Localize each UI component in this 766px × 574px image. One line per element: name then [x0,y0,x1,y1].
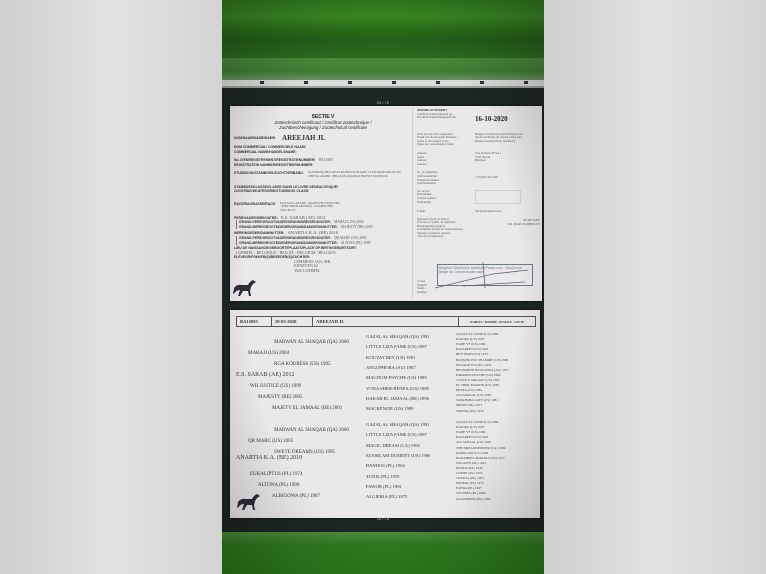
issuing-body-block: Nom de l'autorité compétente / Naam van … [417,133,540,147]
binder-edge [222,58,544,80]
pedigree-g4-ancestor: RENEA (US) 1981 [456,388,482,392]
dam-granddam-value: ALTONA (PL) 1999 [341,241,371,245]
phone-label: Telefonnummer [417,182,475,186]
email-value: info@arabianhorse.be [475,209,502,213]
pedigree-g3-ancestor: ALGIERIA (PL) 1975 [366,494,407,499]
pedigree-g3-ancestor: DAKAR EL JAMAAL (BE) 1996 [366,396,429,401]
pedigree-g4-ancestor: PROBAT (PL) 1975 [456,481,484,485]
pedigree-sire: E.S. SARAB (AE) 2012 [236,372,295,378]
pedigree-g4-ancestor: KAJORA (US) 1978 [456,337,484,341]
pedigree-g4-ancestor: KAJORA (US) 1978 [456,425,484,429]
fax-box [475,190,521,204]
pedigree-g3-ancestor: ANGOPHORA (AU) 1987 [366,365,416,370]
pedigree-g4-ancestor: ELKALIPTUS (PL) 1974 [456,363,491,367]
pedigree-g4-ancestor: ALI JAMAAL (US) 1982 [456,393,491,397]
pedigree-g3-ancestor: GAZAL AL SHAQAB (QA) 1991 [366,422,429,427]
signature-scribble-icon [433,260,533,290]
pedigree-g4-ancestor: COMET (PL) 1953 [456,471,483,475]
pedigree-g4-ancestor: TOFANA (PL) 1953 [456,476,484,480]
horse-name: AREEJAH JL [282,134,325,142]
pedigree-ancestor: WH JUSTICE (US) 1999 [250,384,301,389]
issue-date-block: Certificat établi/opgesteld op/ Document… [417,113,540,129]
pedigree-g3-ancestor: MAGIC DREAM (CA) 1992 [366,443,420,448]
pedigree-registration-no: BA12695 [237,317,272,327]
signatory-name: DR. MARC ROMBOUTS [483,222,540,226]
binder-rail [222,80,544,88]
breeder-city: 3920 LOMMEL [294,269,412,273]
pedigree-g3-ancestor: GAZAL AL SHAQAB (QA) 1991 [366,334,429,339]
pedigree-page: BA12695 20-03-2020 AREEJAH JL JUMENT / M… [230,310,540,518]
pedigree-ancestor: MARWAN AL SHAQAB (QA) 2000 [274,428,349,433]
stamp-label-line: Stempel [417,291,427,295]
pedigree-g4-ancestor: FAME VF (US) 1982 [456,430,485,434]
pedigree-g3-ancestor: KOUVAY BEY (US) 1981 [366,355,415,360]
pedigree-ancestor: RGA KOURESS (US) 1995 [274,362,331,367]
zootechnical-certificate-page: SECTIE V Zoötechnisch certificaat / Cert… [230,106,542,301]
pedigree-ancestor: QR MARC (US) 2005 [248,439,293,444]
pedigree-g4-ancestor: ANAZA EL FARID (US) 1984 [456,332,498,336]
arabian-horse-logo-icon [236,492,262,512]
pedigree-ancestor: MARAJJ (US) 2004 [248,351,289,356]
green-binder-top [222,0,544,66]
address-block: Adresse Adres Address Adresse Vier Kruis… [417,152,540,166]
pedigree-g4-ancestor: CELEBES (PL) 1966 [456,491,485,495]
pedigree-header-table: BA12695 20-03-2020 AREEJAH JL JUMENT / M… [236,316,536,327]
address-label: Adresse [417,163,475,167]
pedigree-g4-ancestor: BELBORNE BASKANNA (AU) 1977 [456,368,509,372]
pedigree-g4-ancestor: KOORLAM (US) 1983 [456,451,488,455]
pedigree-g3-ancestor: KOORLAM DUMENT (US) 1986 [366,453,430,458]
pedigree-g3-ancestor: MACKENZIE (US) 1989 [366,406,413,411]
green-binder-bottom [222,532,544,574]
registration-number: BA12695 [319,158,333,162]
page-number-bottom: 25 / 70 [222,516,544,521]
studbook-label: STUDBOOK/STAMBOEK/ZUCHTVERBAND: [234,171,304,176]
pedigree-g4-ancestor: BEY SHAH (US) 1976 [456,352,488,356]
blurred-background-right [544,0,766,574]
address-value: Belgique [475,159,501,163]
commercial-name-label-2: COMMERCIAL NAME/HANDELSNAME: [234,150,412,155]
pedigree-ancestor: MARWAN AL SHAQAB (QA) 2000 [274,340,349,345]
issuing-authority-column: ISSUING AUTHORITY Certificat établi/opge… [412,108,540,298]
pedigree-g3-ancestor: LITTLE LIZA FAME (US) 1987 [366,432,427,437]
pedigree-g4-ancestor: MENES (PL) 1977 [456,403,482,407]
pedigree-g4-ancestor: FAME VF (US) 1982 [456,342,485,346]
pedigree-ancestor: SWETE DREAMS (US) 1995 [274,450,335,455]
pedigree-g4-ancestor: EL SHER-MAMON (US) 1985 [456,383,499,387]
org-label: Name der ausstellenden Stelle: [417,143,475,147]
race-label: RACE/RAS/RASSE/RACE: [234,202,276,207]
pedigree-g3-ancestor: LITTLE LIZA FAME (US) 1987 [366,344,427,349]
email-block: E-mail info@arabianhorse.be [417,209,540,213]
signatory-label: capacity of signatory) [417,235,483,239]
pedigree-g3-ancestor: TUNIS (PL) 1959 [366,474,399,479]
pedigree-horse-name: AREEJAH JL [313,317,459,327]
pedigree-birth-date: 20-03-2020 [272,317,313,327]
name-label: NOM/NAAM/NAME/NAME: [234,136,276,141]
race-value: PUR SANG ARABE / ARABISCH VOLBLOED / PUR… [280,202,340,213]
studbook-value: STAMBOEK BELGISCH ARABISCH PAARD / STUD-… [308,171,412,178]
sire-granddam-label: GRAND-MERE/GROOTMOEDER/GRANDDAM/GROßMUTT… [239,225,338,230]
pedigree-ancestor: EUKALIPTUS (PL) 1974 [250,472,303,477]
pedigree-sex: JUMENT / MERRIE / FEMALE / STUTE [459,317,536,327]
pedigree-g4-ancestor: ALI JAMAAL (US) 1982 [456,440,491,444]
pedigree-ancestor: MAJESTY (BE) 2005 [258,395,303,400]
fax-label: Faxnummer [417,201,475,205]
pedigree-g4-ancestor: ALGONKINA (PL) 1962 [456,497,491,501]
fax-block: No. de fax Faxnummer Telefax number Faxn… [417,190,540,204]
pedigree-g4-ancestor: SIMONA (PL) 1979 [456,409,484,413]
signatory-block: Signataire (nom en lettres) Fonction et … [417,218,540,239]
pedigree-g4-ancestor: BANAHEES ARMONA (US) 1977 [456,456,505,460]
certificate-main-column: SECTIE V Zoötechnisch certificaat / Cert… [234,110,412,297]
pedigree-g3-ancestor: MAGNUM PSYCHE (US) 1989 [366,375,427,380]
pedigree-g4-ancestor: A FANCY MIRAGE (US) 1985 [456,378,500,382]
org-value: Belgian Arabian Horse Studbook [475,140,523,144]
stamp-label: Cachet Stempel Stamp Stempel [417,280,427,294]
pedigree-g4-ancestor: ANAZA EL FARID (US) 1984 [456,420,498,424]
blurred-background-left [0,0,222,574]
pedigree-g4-ancestor: SOMOMBA GATE (US) 1981 [456,398,498,402]
pedigree-g3-ancestor: VONA SHER-RENEA (US) 1989 [366,386,429,391]
certificate-title-2: Zuchtbescheinigung / Zootechnical certif… [234,125,412,130]
pedigree-ancestor: MAJETY EL JAMAAL (BE) 2001 [272,406,342,411]
breeder-address: LEMMENS JAN, MR. ENNEVEN 62 3920 LOMMEL [294,260,412,273]
pedigree-g4-ancestor: NEGATIW (PL) 1945 [456,461,486,465]
pedigree-ancestor: ALBIGOWA (PL) 1987 [272,494,320,499]
sire-granddam-value: MAJESTY (BE) 2005 [341,225,373,229]
pedigree-g3-ancestor: BANDOS (PL) 1964 [366,463,405,468]
dam-granddam-label: GRAND-MERE/GROOTMOEDER/GRANDDAM/GROßMUTT… [239,241,338,246]
issue-date: 16-10-2020 [475,115,508,123]
page-number-top: 24 / 70 [222,100,544,105]
pedigree-g3-ancestor: FAWOR (PL) 1981 [366,484,402,489]
phone-value: +32 (0)16 261 308 [475,175,497,185]
pedigree-dam: ANARTIA K.A. (BE) 2010 [236,455,302,461]
registration-label-2: REGISTRATION NUMBER/REGISTRIERNUMMER: [234,163,315,168]
email-label: E-mail [417,209,475,213]
studbook-class-label-2: ZUCHTBUCHKATEGORIE/STUDBOOK CLASS: [234,189,412,194]
pedigree-g4-ancestor: KAJAREEN (US) 1981 [456,347,489,351]
pedigree-g4-ancestor: THE DREAMSPINNER (CA) 1984 [456,446,505,450]
pedigree-ancestor: ALTONA (PL) 1999 [258,483,299,488]
passport-photo: 24 / 70 SECTIE V Zoötechnisch certificaa… [222,0,544,574]
arabian-horse-logo-icon [232,278,258,298]
pedigree-g4-ancestor: KAJAREEN (US) 1981 [456,435,489,439]
pedigree-g4-ancestor: FATMA (PL) 1967 [456,486,482,490]
pedigree-g4-ancestor: BA PRINCESS SHAMIRE (US) 1980 [456,358,508,362]
pedigree-g4-ancestor: BANDA (PL) 1948 [456,466,483,470]
pedigree-g4-ancestor: PADRONS PSYCHE (US) 1984 [456,373,500,377]
phone-block: No. de téléphone Telefoonnummer Telephon… [417,171,540,185]
